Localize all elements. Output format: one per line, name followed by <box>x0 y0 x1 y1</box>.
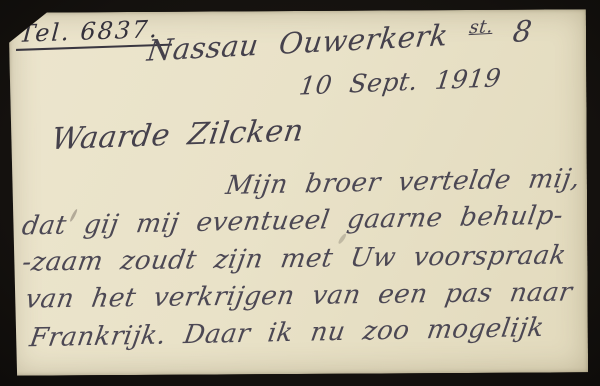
body-line: dat gij mij eventueel gaarne behulp- <box>20 201 566 242</box>
body-line: Mijn broer vertelde mij, <box>224 164 583 201</box>
body-line: -zaam zoudt zijn met Uw voorspraak <box>20 240 569 277</box>
photo-background: Tel. 6837. Nassau Ouwerkerk st. 8 10 Sep… <box>0 0 600 386</box>
letter-sheet: Tel. 6837. Nassau Ouwerkerk st. 8 10 Sep… <box>9 9 588 376</box>
address-line: Nassau Ouwerkerk st. 8 <box>145 14 534 68</box>
date-line: 10 Sept. 1919 <box>297 63 503 100</box>
body-line: van het verkrijgen van een pas naar <box>23 277 574 314</box>
salutation-line: Waarde Zilcken <box>49 113 306 157</box>
body-line: Frankrijk. Daar ik nu zoo mogelijk <box>28 313 547 353</box>
address-street-suffix: st. <box>468 16 494 38</box>
address-street: Nassau Ouwerkerk <box>145 18 450 68</box>
address-number: 8 <box>511 14 534 49</box>
